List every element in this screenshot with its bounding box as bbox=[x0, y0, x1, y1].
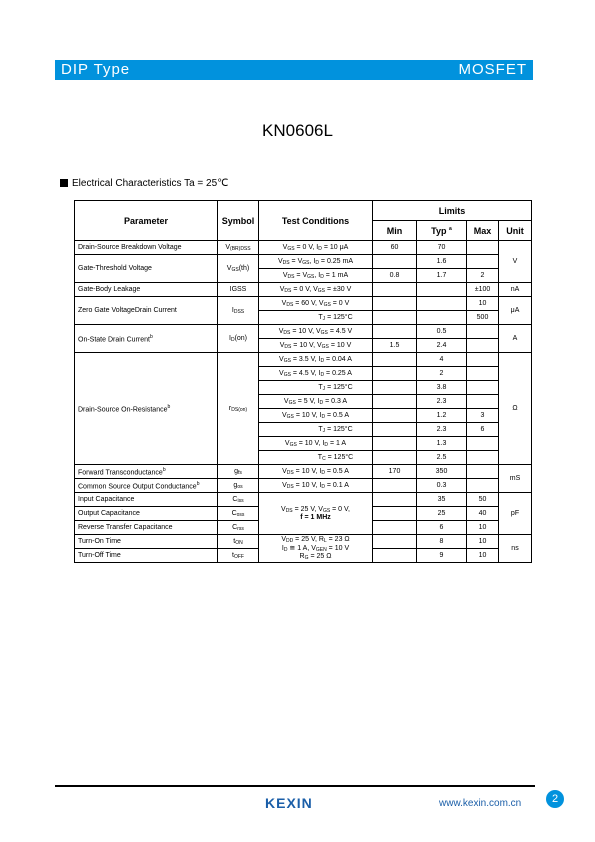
kexin-logo: KEXIN bbox=[265, 795, 313, 811]
max-cell: 10 bbox=[467, 549, 499, 563]
max-cell: 10 bbox=[467, 521, 499, 535]
min-cell bbox=[373, 325, 417, 339]
min-cell bbox=[373, 451, 417, 465]
parameter-cell: Output Capacitance bbox=[75, 507, 218, 521]
unit-cell: nA bbox=[499, 283, 532, 297]
header-unit: Unit bbox=[499, 221, 532, 241]
max-cell: 2 bbox=[467, 269, 499, 283]
parameter-cell: Input Capacitance bbox=[75, 493, 218, 507]
symbol-cell: IGSS bbox=[218, 283, 259, 297]
max-cell bbox=[467, 367, 499, 381]
symbol-cell: Ciss bbox=[218, 493, 259, 507]
table-row: Forward TransconductancebgfsVDS = 10 V, … bbox=[75, 465, 532, 479]
unit-cell: ns bbox=[499, 535, 532, 563]
condition-cell: VDD = 25 V, RL = 23 ΩID ≅ 1 A, VGEN = 10… bbox=[259, 535, 373, 563]
symbol-cell: gfs bbox=[218, 465, 259, 479]
max-cell bbox=[467, 255, 499, 269]
condition-cell: TC = 125°C bbox=[259, 451, 373, 465]
unit-cell: pF bbox=[499, 493, 532, 535]
table-row: Drain-Source On-ResistancebrDS(on)VGS = … bbox=[75, 353, 532, 367]
unit-cell: V bbox=[499, 241, 532, 283]
condition-cell: VDS = 10 V, VGS = 4.5 V bbox=[259, 325, 373, 339]
unit-cell: Ω bbox=[499, 353, 532, 465]
condition-cell: VDS = 25 V, VGS = 0 V,f = 1 MHz bbox=[259, 493, 373, 535]
symbol-cell: ID(on) bbox=[218, 325, 259, 353]
header-parameter: Parameter bbox=[75, 201, 218, 241]
condition-cell: TJ = 125°C bbox=[259, 311, 373, 325]
typ-cell: 0.3 bbox=[417, 479, 467, 493]
header-conditions: Test Conditions bbox=[259, 201, 373, 241]
min-cell bbox=[373, 479, 417, 493]
header-symbol: Symbol bbox=[218, 201, 259, 241]
typ-cell bbox=[417, 297, 467, 311]
min-cell bbox=[373, 311, 417, 325]
max-cell: ±100 bbox=[467, 283, 499, 297]
condition-cell: VGS = 3.5 V, ID = 0.04 A bbox=[259, 353, 373, 367]
condition-cell: VDS = 10 V, VGS = 10 V bbox=[259, 339, 373, 353]
symbol-cell: tOFF bbox=[218, 549, 259, 563]
condition-cell: VDS = 10 V, ID = 0.1 A bbox=[259, 479, 373, 493]
footer-divider bbox=[55, 785, 535, 787]
table-row: Common Source Output ConductancebgosVDS … bbox=[75, 479, 532, 493]
max-cell: 3 bbox=[467, 409, 499, 423]
min-cell bbox=[373, 409, 417, 423]
max-cell bbox=[467, 479, 499, 493]
parameter-cell: Drain-Source On-Resistanceb bbox=[75, 353, 218, 465]
typ-cell: 3.8 bbox=[417, 381, 467, 395]
typ-cell: 1.3 bbox=[417, 437, 467, 451]
symbol-cell: tON bbox=[218, 535, 259, 549]
condition-cell: VGS = 0 V, ID = 10 μA bbox=[259, 241, 373, 255]
condition-cell: VGS = 10 V, ID = 1 A bbox=[259, 437, 373, 451]
website-link[interactable]: www.kexin.com.cn bbox=[439, 798, 521, 809]
min-cell bbox=[373, 353, 417, 367]
max-cell bbox=[467, 325, 499, 339]
min-cell: 60 bbox=[373, 241, 417, 255]
symbol-cell: gos bbox=[218, 479, 259, 493]
condition-cell: VDS = 60 V, VGS = 0 V bbox=[259, 297, 373, 311]
min-cell bbox=[373, 437, 417, 451]
max-cell bbox=[467, 395, 499, 409]
min-cell bbox=[373, 549, 417, 563]
table-row: Input CapacitanceCissVDS = 25 V, VGS = 0… bbox=[75, 493, 532, 507]
max-cell bbox=[467, 353, 499, 367]
condition-cell: VDS = VGS, ID = 1 mA bbox=[259, 269, 373, 283]
typ-cell: 1.2 bbox=[417, 409, 467, 423]
parameter-cell: Reverse Transfer Capacitance bbox=[75, 521, 218, 535]
parameter-cell: Turn-On Time bbox=[75, 535, 218, 549]
typ-cell: 1.6 bbox=[417, 255, 467, 269]
max-cell bbox=[467, 241, 499, 255]
min-cell bbox=[373, 297, 417, 311]
max-cell: 10 bbox=[467, 535, 499, 549]
square-bullet-icon bbox=[60, 179, 68, 187]
part-number: KN0606L bbox=[0, 121, 595, 141]
typ-cell: 0.5 bbox=[417, 325, 467, 339]
unit-cell: A bbox=[499, 325, 532, 353]
condition-cell: VGS = 10 V, ID = 0.5 A bbox=[259, 409, 373, 423]
max-cell bbox=[467, 381, 499, 395]
typ-cell: 350 bbox=[417, 465, 467, 479]
section-title: Electrical Characteristics Ta = 25℃ bbox=[60, 178, 228, 189]
min-cell bbox=[373, 535, 417, 549]
max-cell bbox=[467, 451, 499, 465]
table-row: Zero Gate VoltageDrain CurrentIDSSVDS = … bbox=[75, 297, 532, 311]
condition-cell: TJ = 125°C bbox=[259, 381, 373, 395]
condition-cell: TJ = 125°C bbox=[259, 423, 373, 437]
parameter-cell: Turn-Off Time bbox=[75, 549, 218, 563]
table-row: Gate-Threshold VoltageVGS(th)VDS = VGS, … bbox=[75, 255, 532, 269]
condition-cell: VDS = 0 V, VGS = ±30 V bbox=[259, 283, 373, 297]
symbol-cell: V(BR)DSS bbox=[218, 241, 259, 255]
header-banner: DIP Type MOSFET bbox=[55, 60, 533, 80]
parameter-cell: Gate-Threshold Voltage bbox=[75, 255, 218, 283]
symbol-cell: Crss bbox=[218, 521, 259, 535]
symbol-cell: Coss bbox=[218, 507, 259, 521]
typ-cell: 2 bbox=[417, 367, 467, 381]
typ-cell bbox=[417, 283, 467, 297]
typ-cell: 70 bbox=[417, 241, 467, 255]
page-number-badge: 2 bbox=[546, 790, 564, 808]
max-cell: 6 bbox=[467, 423, 499, 437]
header-max: Max bbox=[467, 221, 499, 241]
typ-cell: 8 bbox=[417, 535, 467, 549]
typ-cell: 2.4 bbox=[417, 339, 467, 353]
typ-cell: 2.5 bbox=[417, 451, 467, 465]
min-cell bbox=[373, 283, 417, 297]
package-type: DIP Type bbox=[61, 61, 130, 78]
parameter-cell: Forward Transconductanceb bbox=[75, 465, 218, 479]
min-cell bbox=[373, 507, 417, 521]
typ-cell: 25 bbox=[417, 507, 467, 521]
max-cell bbox=[467, 465, 499, 479]
parameter-cell: Gate-Body Leakage bbox=[75, 283, 218, 297]
max-cell: 10 bbox=[467, 297, 499, 311]
parameter-cell: Common Source Output Conductanceb bbox=[75, 479, 218, 493]
header-typ: Typ a bbox=[417, 221, 467, 241]
max-cell: 500 bbox=[467, 311, 499, 325]
min-cell bbox=[373, 367, 417, 381]
table-row: On-State Drain CurrentbID(on)VDS = 10 V,… bbox=[75, 325, 532, 339]
typ-cell bbox=[417, 311, 467, 325]
header-limits: Limits bbox=[373, 201, 532, 221]
parameter-cell: On-State Drain Currentb bbox=[75, 325, 218, 353]
parameter-cell: Drain-Source Breakdown Voltage bbox=[75, 241, 218, 255]
parameter-cell: Zero Gate VoltageDrain Current bbox=[75, 297, 218, 325]
min-cell bbox=[373, 423, 417, 437]
condition-cell: VGS = 5 V, ID = 0.3 A bbox=[259, 395, 373, 409]
device-type: MOSFET bbox=[459, 61, 528, 78]
symbol-cell: VGS(th) bbox=[218, 255, 259, 283]
typ-cell: 35 bbox=[417, 493, 467, 507]
max-cell: 50 bbox=[467, 493, 499, 507]
min-cell: 170 bbox=[373, 465, 417, 479]
min-cell: 1.5 bbox=[373, 339, 417, 353]
table-row: Drain-Source Breakdown VoltageV(BR)DSSVG… bbox=[75, 241, 532, 255]
min-cell bbox=[373, 381, 417, 395]
max-cell bbox=[467, 437, 499, 451]
min-cell bbox=[373, 255, 417, 269]
max-cell bbox=[467, 339, 499, 353]
table-row: Gate-Body LeakageIGSSVDS = 0 V, VGS = ±3… bbox=[75, 283, 532, 297]
condition-cell: VDS = 10 V, ID = 0.5 A bbox=[259, 465, 373, 479]
condition-cell: VDS = VGS, ID = 0.25 mA bbox=[259, 255, 373, 269]
table-row: Turn-On TimetONVDD = 25 V, RL = 23 ΩID ≅… bbox=[75, 535, 532, 549]
unit-cell: mS bbox=[499, 465, 532, 493]
min-cell: 0.8 bbox=[373, 269, 417, 283]
typ-cell: 6 bbox=[417, 521, 467, 535]
typ-cell: 9 bbox=[417, 549, 467, 563]
min-cell bbox=[373, 395, 417, 409]
typ-cell: 2.3 bbox=[417, 423, 467, 437]
header-min: Min bbox=[373, 221, 417, 241]
condition-cell: VGS = 4.5 V, ID = 0.25 A bbox=[259, 367, 373, 381]
typ-cell: 2.3 bbox=[417, 395, 467, 409]
unit-cell: μA bbox=[499, 297, 532, 325]
typ-cell: 1.7 bbox=[417, 269, 467, 283]
symbol-cell: IDSS bbox=[218, 297, 259, 325]
min-cell bbox=[373, 493, 417, 507]
max-cell: 40 bbox=[467, 507, 499, 521]
min-cell bbox=[373, 521, 417, 535]
typ-cell: 4 bbox=[417, 353, 467, 367]
electrical-characteristics-table: Parameter Symbol Test Conditions Limits … bbox=[74, 200, 532, 563]
symbol-cell: rDS(on) bbox=[218, 353, 259, 465]
